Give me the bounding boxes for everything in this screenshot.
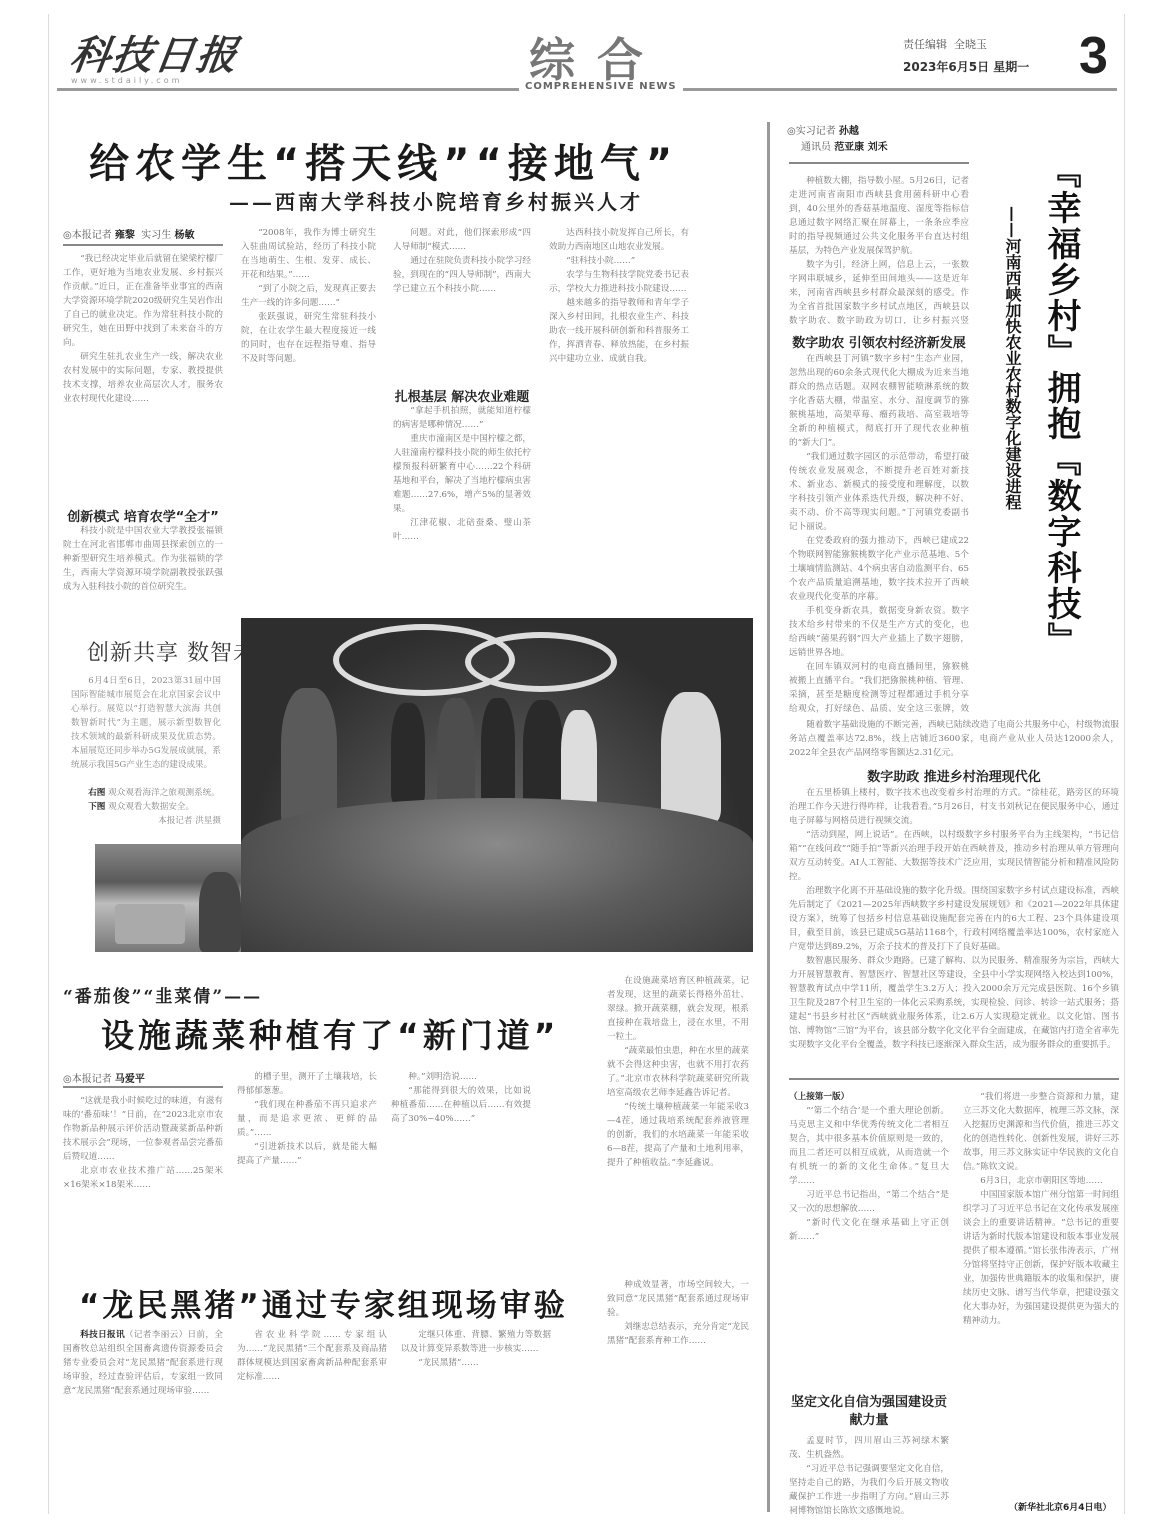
article2-col1: “这就是我小时候吃过的味道，有滋有味的‘番茄味’！”日前，在“2023北京市农作… <box>63 1094 223 1264</box>
article4-section2: 在五里桥镇上楼村，数字技术也改变着乡村治理的方式。“徐桂花，路旁区的环境治理工作… <box>789 786 1119 1050</box>
section-english-label: COMPREHENSIVE NEWS <box>519 81 683 92</box>
issue-date: 2023年6月5日 星期一 <box>903 58 1029 75</box>
article3-headline: “龙民黑猪”通过专家组现场审验 <box>79 1280 568 1325</box>
article4-section1: 在西峡县丁河镇“数字乡村”生态产业园，忽然出现的60余条式现代化大棚成为近来当地… <box>789 352 969 714</box>
article5-col1b: 孟夏时节，四川眉山三苏祠绿木繁茂、生机盎然。“习近平总书记强调要坚定文化自信，坚… <box>789 1434 949 1514</box>
article1-subhead-2: 扎根基层 解决农业难题 <box>393 386 531 405</box>
article5-col2: “我们将进一步整合资源和力量，建立三苏文化大数据库，梳理三苏文脉，深入挖掘历史渊… <box>963 1090 1119 1496</box>
article1-col3b: “拿起手机拍照，就能知道柠檬的病害是哪种情况……” 重庆市潼南区是中国柠檬之都，… <box>393 404 531 604</box>
article4-subhead-2: 数字助政 推进乡村治理现代化 <box>789 766 1119 785</box>
sidebar-photo-exhibit <box>95 844 241 952</box>
byline-rule <box>63 1086 223 1088</box>
column-divider <box>767 122 770 1512</box>
article2-col2: 的槽子里，测开了土壤栽培，长得郁郁葱葱。“我们现在种番茄不再只追求产量，而是追求… <box>237 1070 377 1264</box>
article1-col1b: 科技小院是中国农业大学教授张福锁院士在河北省邯郸市曲周县探索创立的一种新型研究生… <box>63 524 223 612</box>
article1-col3: 问题。对此，他们探索形成“四人导师制”模式…… 通过在驻院负责科技小院学习经验，… <box>393 226 531 354</box>
editor-name: 全晓玉 <box>954 38 987 51</box>
editor-credit: 责任编辑 全晓玉 <box>903 36 987 52</box>
article2-byline: ◎本报记者 马爱平 <box>63 1070 223 1085</box>
article1-byline: ◎本报记者 雍黎 实习生 杨敏 <box>63 226 228 241</box>
sidebar-body: 6月4日至6日，2023第31届中国国际智能城市展览会在北京国家会议中心举行。展… <box>71 674 221 784</box>
article5-col1: （上接第一版） “‘第二个结合’是一个重大理论创新。马克思主义和中华优秀传统文化… <box>789 1090 949 1380</box>
byline-rule <box>63 244 223 246</box>
newspaper-logo: 科技日报 <box>67 24 243 81</box>
article3-col4: 种成效显著，市场空间较大，一致同意“龙民黑猪”配套系通过现场审验。刘继忠总结表示… <box>607 1278 749 1514</box>
article2-kicker: “番茄俊”“韭菜倩”—— <box>63 982 262 1007</box>
main-photo-sand-table <box>241 618 753 952</box>
article4-intro: 种植数大棚，指导数小屋。5月26日，记者走进河南省南阳市西峡县食用菌科研中心看到… <box>789 174 969 324</box>
article1-subheadline: ——西南大学科技小院培育乡村振兴人才 <box>229 186 643 215</box>
article5-closing-credit: （新华社北京6月4日电） <box>1009 1500 1112 1513</box>
logo-url: www.stdaily.com <box>71 76 182 85</box>
article4-headline: 『幸福乡村』拥抱『数字科技』 <box>1039 154 1083 658</box>
article2-col3: 种。”刘明浩说……“那能得到很大的效果，比如说种植番茄……在种植以后……有效提高… <box>391 1070 531 1264</box>
article4-byline: ◎实习记者 孙越 通讯员 范亚康 刘禾 <box>787 124 987 156</box>
article1-headline: 给农学生“搭天线”“接地气” <box>89 132 678 189</box>
article4-subheadline: ——河南西峡加快农业农村数字化建设进程 <box>1001 206 1023 510</box>
byline-rule <box>789 162 969 164</box>
sidebar-caption-right: 右图 观众观看海洋之旅观测系统。 下图 观众观看大数据安全。 本报记者 洪星摄 <box>71 786 221 828</box>
article3-col1: 科技日报讯（记者李丽云）日前，全国畜牧总站组织全国畜禽遗传资源委员会猪专业委员会… <box>63 1328 223 1514</box>
article4-section1-end: 随着数字基础设施的不断完善，西峡已陆续改造了电商公共服务中心，村级物流服务站点覆… <box>789 718 1119 760</box>
article1-col2: “2008年，我作为博士研究生入驻曲周试验站，经历了科技小院在当地萌生、生根、发… <box>241 226 376 604</box>
page-number: 3 <box>1079 26 1108 86</box>
article1-subhead-1: 创新模式 培育农学“全才” <box>63 506 223 525</box>
article2-headline: 设施蔬菜种植有了“新门道” <box>101 1010 559 1057</box>
article1-col4: 达西科技小院发挥自己所长，有效助力西南地区山地农业发展。 “驻科技小院……” 农… <box>549 226 689 604</box>
article3-col2: 省农业科学院……专家组认为……“龙民黑猪”三个配套系及商品猪群体规模达到国家畜禽… <box>237 1328 387 1514</box>
article2-col4: 在设施蔬菜培育区种植蔬菜，记者发现，这里的蔬菜长得格外茁壮、翠绿。掀开蔬菜棚，就… <box>607 974 749 1210</box>
article3-col3: 定继只体重、背膘、繁殖力等数据以及计算变异系数等进一步核实……“龙民黑猪”…… <box>401 1328 551 1514</box>
newspaper-page: 科技日报 www.stdaily.com 综合 COMPREHENSIVE NE… <box>48 14 1125 1514</box>
article4-subhead-1: 数字助农 引领农村经济新发展 <box>789 332 969 351</box>
article5-subhead: 坚定文化自信为强国建设贡献力量 <box>789 1394 949 1430</box>
article1-col1: “我已经决定毕业后就留在梁梁柠檬厂工作，更好地为当地农业发展、乡村振兴作贡献。”… <box>63 252 223 498</box>
editor-label: 责任编辑 <box>903 38 947 51</box>
article-separator <box>789 1078 1119 1080</box>
